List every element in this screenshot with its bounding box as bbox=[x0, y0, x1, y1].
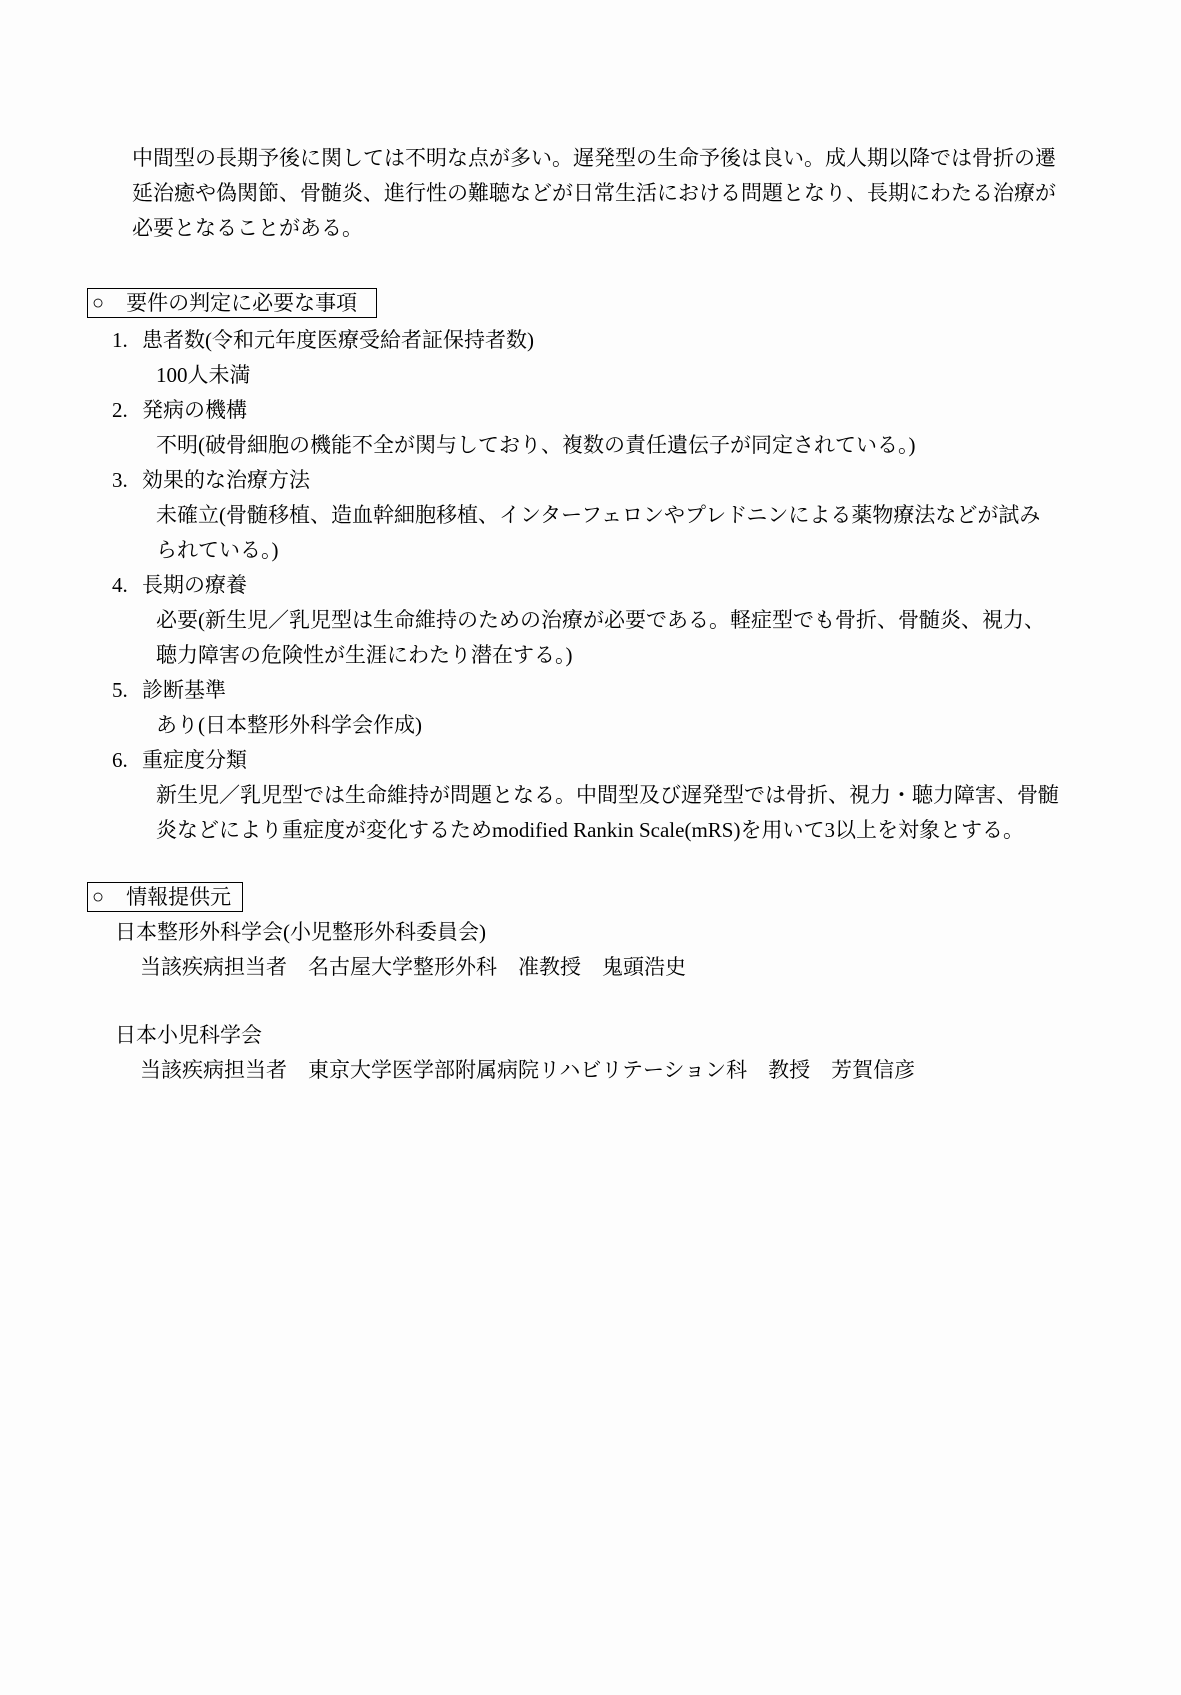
requirement-item: 5.診断基準 bbox=[112, 673, 226, 708]
requirement-item-label: 長期の療養 bbox=[142, 573, 247, 597]
requirement-item-number: 6. bbox=[112, 743, 142, 778]
requirement-item-detail: 炎などにより重症度が変化するためmodified Rankin Scale(mR… bbox=[156, 813, 1024, 848]
requirement-item-number: 1. bbox=[112, 323, 142, 358]
provider-contact: 当該疾病担当者 東京大学医学部附属病院リハビリテーション科 教授 芳賀信彦 bbox=[140, 1053, 915, 1088]
requirement-item-detail: 不明(破骨細胞の機能不全が関与しており、複数の責任遺伝子が同定されている。) bbox=[156, 428, 915, 463]
requirement-item: 1.患者数(令和元年度医療受給者証保持者数) bbox=[112, 323, 534, 358]
requirement-item-label: 効果的な治療方法 bbox=[142, 468, 310, 492]
requirement-item-detail: 聴力障害の危険性が生涯にわたり潜在する。) bbox=[156, 638, 573, 673]
intro-line: 延治癒や偽関節、骨髄炎、進行性の難聴などが日常生活における問題となり、長期にわた… bbox=[132, 176, 1056, 211]
intro-line: 必要となることがある。 bbox=[132, 211, 363, 246]
information-source-heading-box: ○ 情報提供元 bbox=[87, 882, 243, 912]
requirement-item-detail: 必要(新生児／乳児型は生命維持のための治療が必要である。軽症型でも骨折、骨髄炎、… bbox=[156, 603, 1045, 638]
requirement-item-number: 3. bbox=[112, 463, 142, 498]
requirement-item-number: 5. bbox=[112, 673, 142, 708]
information-source-heading: 情報提供元 bbox=[126, 883, 231, 911]
circle-bullet-icon: ○ bbox=[92, 289, 104, 317]
circle-bullet-icon: ○ bbox=[92, 883, 104, 911]
document-page: 中間型の長期予後に関しては不明な点が多い。遅発型の生命予後は良い。成人期以降では… bbox=[0, 0, 1181, 1695]
requirements-heading: 要件の判定に必要な事項 bbox=[126, 289, 357, 317]
requirement-item: 6.重症度分類 bbox=[112, 743, 247, 778]
requirement-item-detail: 未確立(骨髄移植、造血幹細胞移植、インターフェロンやプレドニンによる薬物療法など… bbox=[156, 498, 1040, 533]
requirement-item-detail: られている。) bbox=[156, 533, 279, 568]
requirement-item-label: 診断基準 bbox=[142, 678, 226, 702]
requirements-heading-box: ○ 要件の判定に必要な事項 bbox=[87, 288, 377, 318]
provider-organization: 日本小児科学会 bbox=[115, 1018, 262, 1053]
requirement-item-number: 4. bbox=[112, 568, 142, 603]
requirement-item: 4.長期の療養 bbox=[112, 568, 247, 603]
requirement-item-label: 患者数(令和元年度医療受給者証保持者数) bbox=[142, 328, 534, 352]
requirement-item-detail: 100人未満 bbox=[156, 358, 251, 393]
provider-organization: 日本整形外科学会(小児整形外科委員会) bbox=[115, 915, 486, 950]
requirement-item: 3.効果的な治療方法 bbox=[112, 463, 310, 498]
provider-contact: 当該疾病担当者 名古屋大学整形外科 准教授 鬼頭浩史 bbox=[140, 950, 686, 985]
requirement-item-number: 2. bbox=[112, 393, 142, 428]
requirement-item-label: 重症度分類 bbox=[142, 748, 247, 772]
requirement-item-detail: 新生児／乳児型では生命維持が問題となる。中間型及び遅発型では骨折、視力・聴力障害… bbox=[156, 778, 1059, 813]
requirement-item-detail: あり(日本整形外科学会作成) bbox=[156, 708, 422, 743]
requirement-item-label: 発病の機構 bbox=[142, 398, 247, 422]
intro-line: 中間型の長期予後に関しては不明な点が多い。遅発型の生命予後は良い。成人期以降では… bbox=[132, 141, 1056, 176]
requirement-item: 2.発病の機構 bbox=[112, 393, 247, 428]
